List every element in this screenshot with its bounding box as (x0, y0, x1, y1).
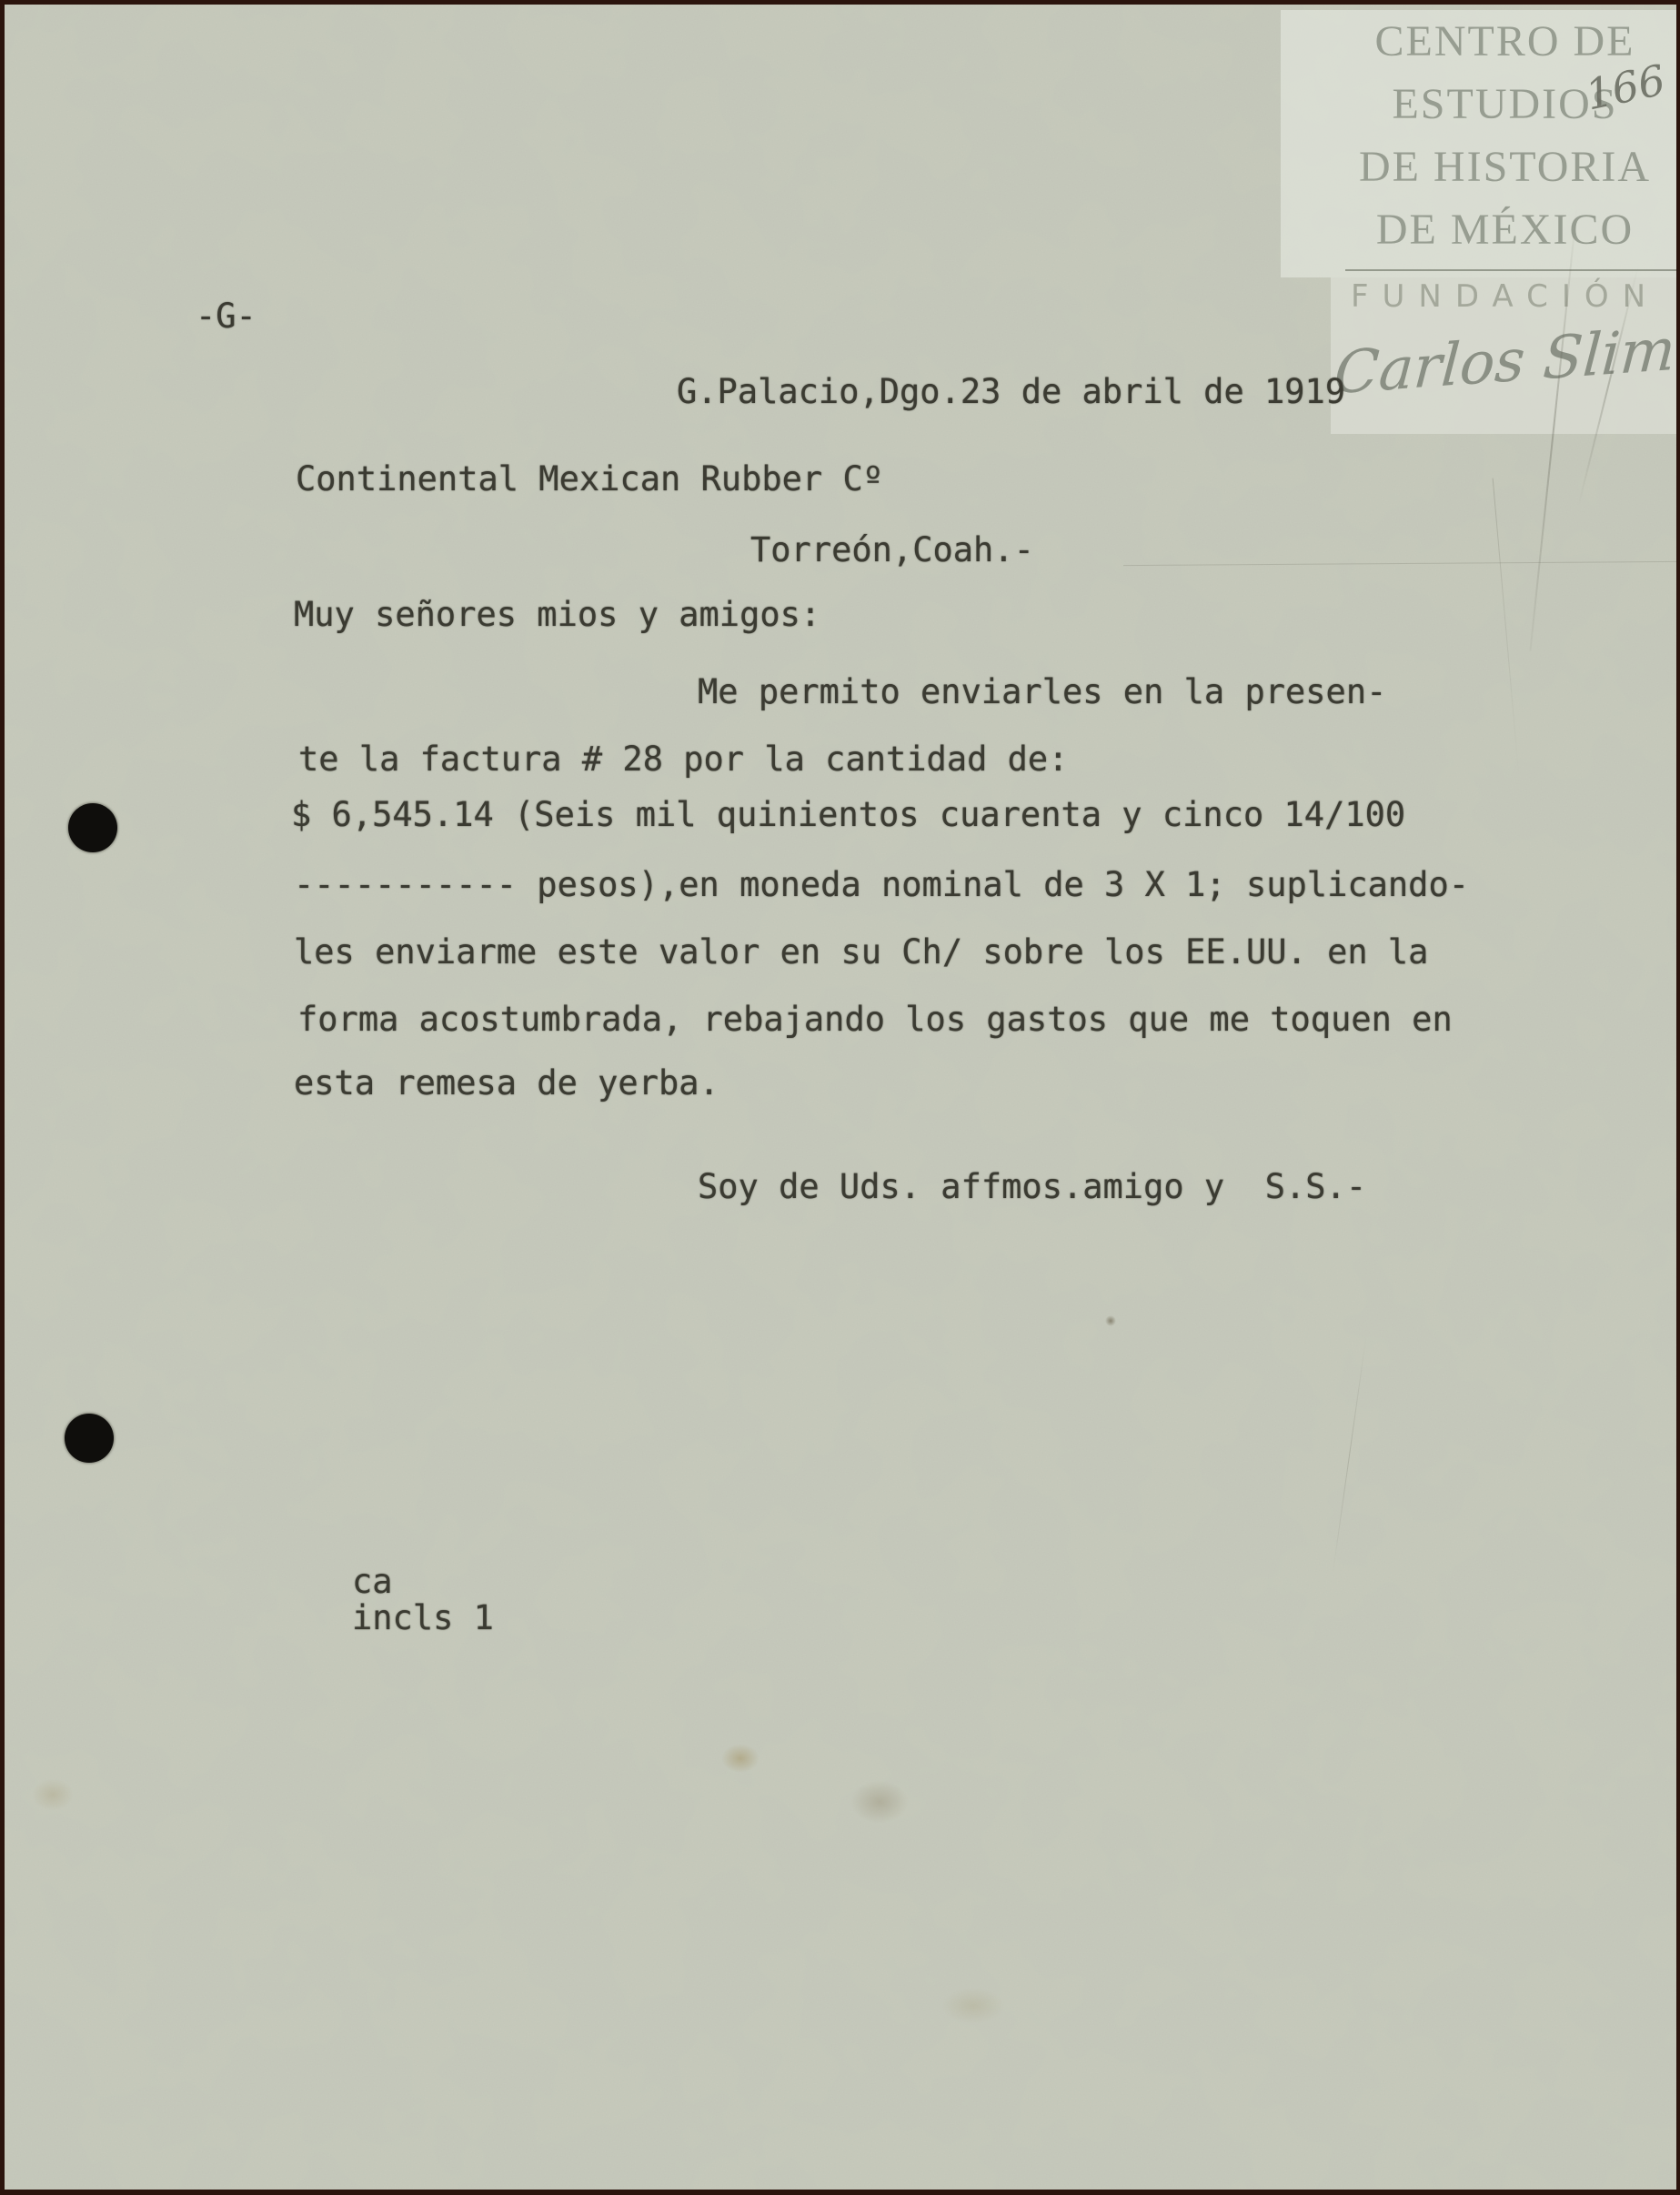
body-line: ----------- pesos),en moneda nominal de … (294, 865, 1469, 905)
watermark-institution-line: DE MÉXICO (1325, 198, 1676, 261)
stain-spot (941, 1988, 1005, 2024)
body-line: les enviarme este valor en su Ch/ sobre … (294, 932, 1428, 972)
hole-punch (65, 1414, 114, 1463)
letter-page: CENTRO DE ESTUDIOS DE HISTORIA DE MÉXICO… (5, 5, 1676, 2190)
crease-line (1332, 1334, 1367, 1577)
scan-backing: { "archive_stamp": { "institution_line1"… (0, 0, 1680, 2195)
body-line: esta remesa de yerba. (294, 1063, 719, 1103)
stain-spot (32, 1778, 74, 1811)
closing-line: Soy de Uds. affmos.amigo y S.S.- (698, 1167, 1366, 1207)
body-line: te la factura # 28 por la cantidad de: (298, 740, 1068, 780)
watermark-foundation-label: FUNDACIÓN (1325, 276, 1676, 317)
crease-line (1123, 561, 1676, 566)
enclosures-note: incls 1 (352, 1598, 494, 1638)
recipient-company: Continental Mexican Rubber Cº (296, 459, 883, 499)
stain-spot (1105, 1315, 1116, 1326)
body-line: Me permito enviarles en la presen- (698, 672, 1386, 712)
crease-line (1493, 478, 1520, 778)
watermark-divider (1345, 269, 1676, 271)
stain-spot (721, 1744, 760, 1773)
watermark-institution-line: DE HISTORIA (1325, 136, 1676, 198)
typist-initials: ca (352, 1562, 393, 1602)
recipient-city: Torreón,Coah.- (750, 530, 1034, 570)
hole-punch (68, 803, 117, 852)
watermark-signature: Carlos Slim (1323, 317, 1676, 407)
body-line: forma acostumbrada, rebajando los gastos… (297, 1000, 1453, 1040)
stain-spot (850, 1780, 909, 1824)
body-line: $ 6,545.14 (Seis mil quinientos cuarenta… (291, 795, 1405, 835)
salutation: Muy señores mios y amigos: (294, 595, 820, 635)
dateline: G.Palacio,Dgo.23 de abril de 1919 (677, 372, 1345, 412)
page-marker: -G- (196, 297, 257, 337)
